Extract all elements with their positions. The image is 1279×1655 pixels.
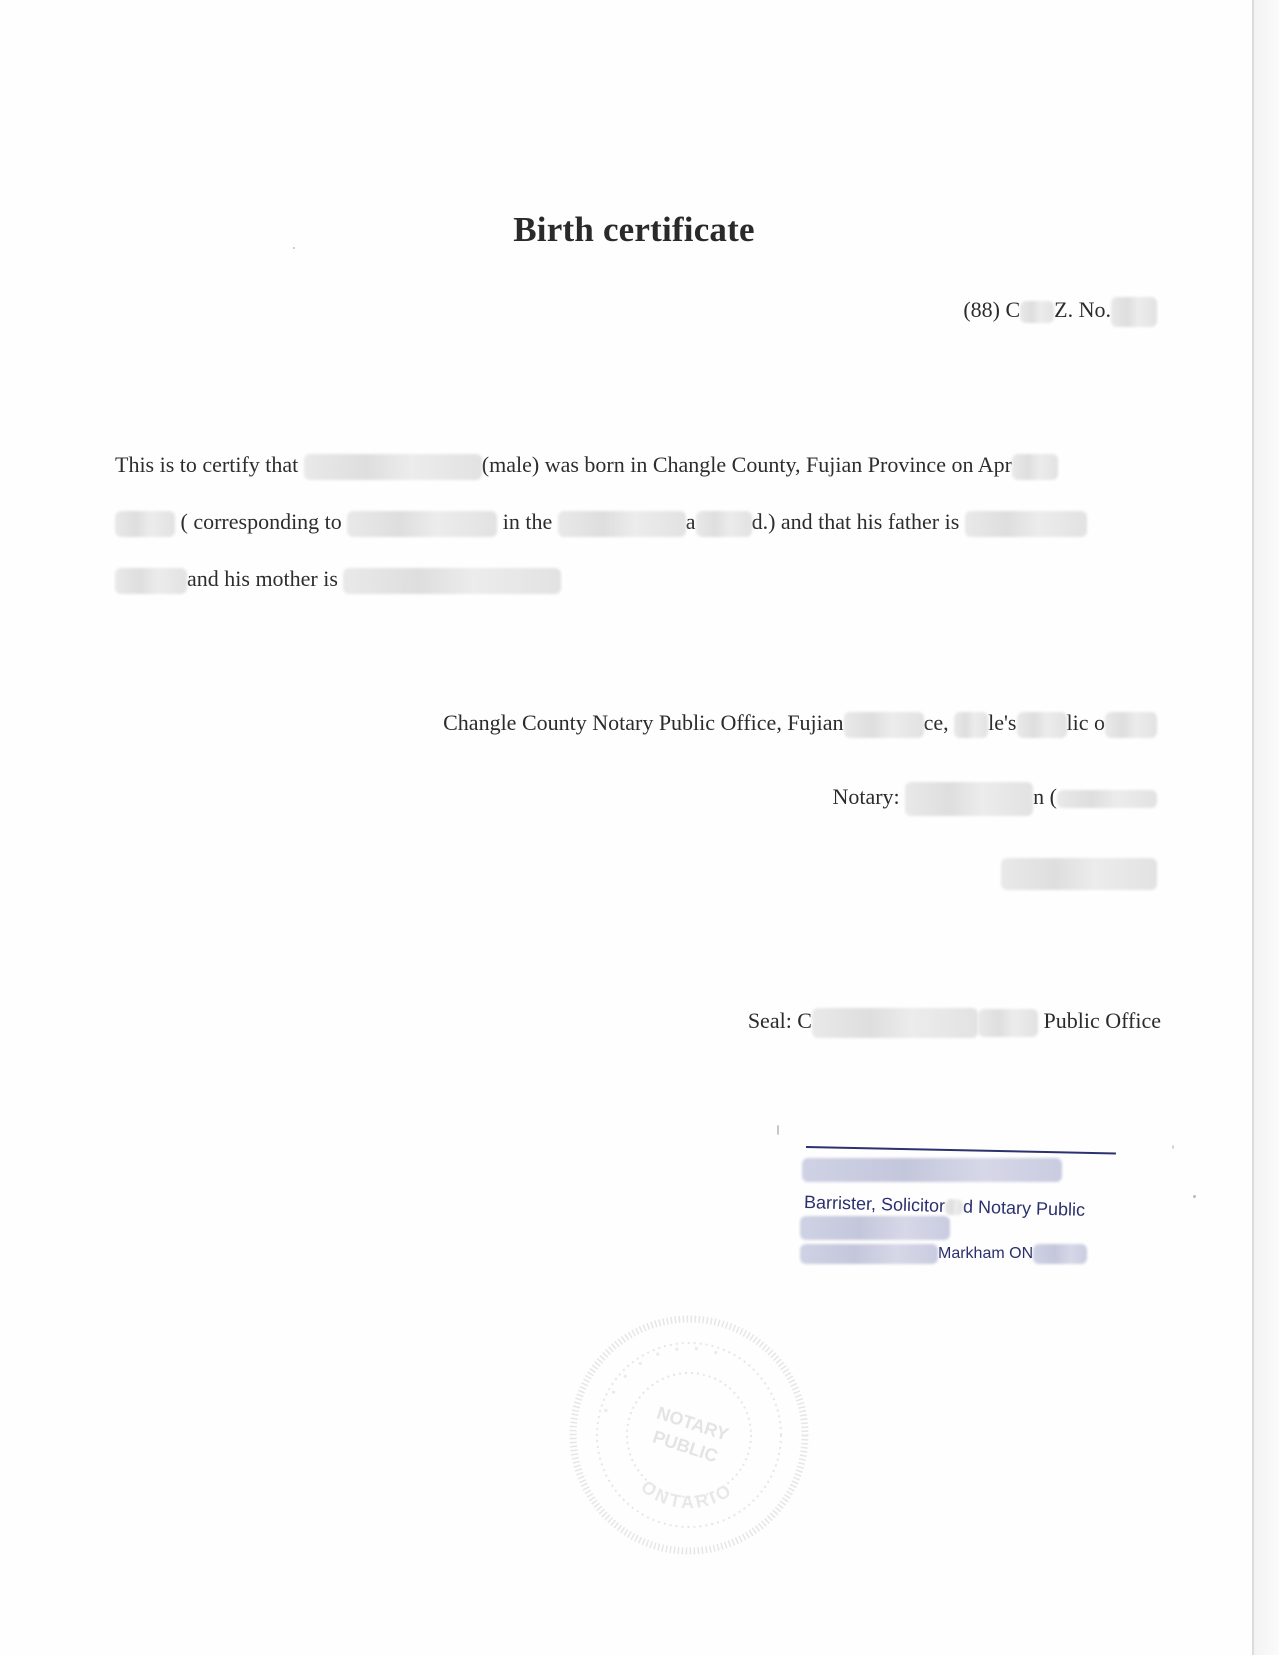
redacted-signature-note bbox=[1057, 790, 1157, 808]
doc-number-mid: Z. No. bbox=[1054, 297, 1111, 322]
redacted-date bbox=[115, 511, 175, 537]
address-city-text: Markham ON bbox=[938, 1245, 1033, 1262]
notary-stamp-address: Markham ON bbox=[800, 1244, 1087, 1264]
seal-text-end: Public Office bbox=[1043, 1008, 1161, 1033]
notary-label: Notary: bbox=[832, 784, 899, 809]
text-in-the: in the bbox=[503, 509, 553, 534]
redacted-region bbox=[954, 712, 988, 738]
redacted-calendar bbox=[558, 511, 686, 537]
redacted-notary-stamp-name bbox=[802, 1158, 1062, 1182]
text-mother-is: and his mother is bbox=[187, 566, 338, 591]
paragraph-line-1: This is to certify that (male) was born … bbox=[115, 436, 1160, 493]
text-father-is: ) and that his father is bbox=[768, 509, 959, 534]
redacted-name bbox=[304, 454, 482, 480]
stamp-title-text: d Notary Public bbox=[963, 1196, 1086, 1219]
scan-speck bbox=[293, 247, 295, 249]
svg-text:ONTARIO: ONTARIO bbox=[637, 1476, 736, 1512]
redacted-father-name bbox=[115, 568, 187, 594]
redacted-region bbox=[1105, 712, 1157, 738]
redacted-region bbox=[1020, 301, 1054, 323]
embossed-notary-seal: · · · · · · · · ONTARIO NOTARY PUBLIC bbox=[567, 1313, 812, 1558]
signature-line bbox=[806, 1146, 1116, 1154]
redacted-date bbox=[1012, 454, 1058, 480]
redacted-postal-code bbox=[1033, 1244, 1087, 1264]
doc-number-prefix: (88) C bbox=[963, 297, 1020, 322]
redacted-region bbox=[1111, 297, 1157, 327]
office-text: le's bbox=[988, 710, 1016, 735]
text-birth-place: (male) was born in Changle County, Fujia… bbox=[482, 452, 1012, 477]
redacted-region bbox=[1017, 712, 1067, 738]
office-text: ce, bbox=[924, 710, 949, 735]
redacted-region bbox=[978, 1009, 1038, 1037]
scan-speck bbox=[777, 1125, 779, 1135]
redacted-lunar-date bbox=[347, 511, 497, 537]
text-corresponding: ( corresponding to bbox=[181, 509, 342, 534]
redacted-address bbox=[800, 1244, 938, 1264]
office-text: lic o bbox=[1067, 710, 1106, 735]
redacted-notary-name bbox=[905, 782, 1033, 816]
redacted-address bbox=[800, 1216, 950, 1240]
certification-paragraph: This is to certify that (male) was born … bbox=[115, 436, 1160, 607]
document-number: (88) CZ. No. bbox=[963, 297, 1157, 327]
paragraph-line-2: ( corresponding to in the ad.) and that … bbox=[115, 493, 1160, 550]
notary-suffix: n ( bbox=[1033, 784, 1057, 809]
redacted-calendar bbox=[696, 511, 752, 537]
redacted-region bbox=[812, 1008, 978, 1038]
text-fragment: d. bbox=[752, 509, 769, 534]
redacted-issue-date bbox=[1001, 858, 1157, 890]
paragraph-line-3: and his mother is bbox=[115, 550, 1160, 607]
document-page: Birth certificate (88) CZ. No. This is t… bbox=[0, 0, 1279, 1655]
issuing-office-line: Changle County Notary Public Office, Fuj… bbox=[443, 710, 1157, 738]
redacted-region bbox=[844, 712, 924, 738]
scan-speck bbox=[1172, 1145, 1174, 1149]
office-text: Changle County Notary Public Office, Fuj… bbox=[443, 710, 843, 735]
stamp-title-text: Barrister, Solicitor bbox=[804, 1192, 946, 1216]
scan-speck bbox=[1193, 1195, 1196, 1198]
seal-line: Seal: C Public Office bbox=[748, 1008, 1161, 1038]
text-fragment: a bbox=[686, 509, 696, 534]
redacted-mother-name bbox=[343, 568, 561, 594]
document-title: Birth certificate bbox=[0, 210, 1268, 250]
notary-stamp: Barrister, Solicitord Notary Public Mark… bbox=[800, 1138, 1120, 1278]
seal-label: Seal: C bbox=[748, 1008, 812, 1033]
text-certify-intro: This is to certify that bbox=[115, 452, 298, 477]
notary-line: Notary: n ( bbox=[832, 782, 1157, 816]
redacted-region bbox=[945, 1199, 963, 1215]
issue-date-line bbox=[1001, 858, 1157, 890]
redacted-father-name bbox=[965, 511, 1087, 537]
